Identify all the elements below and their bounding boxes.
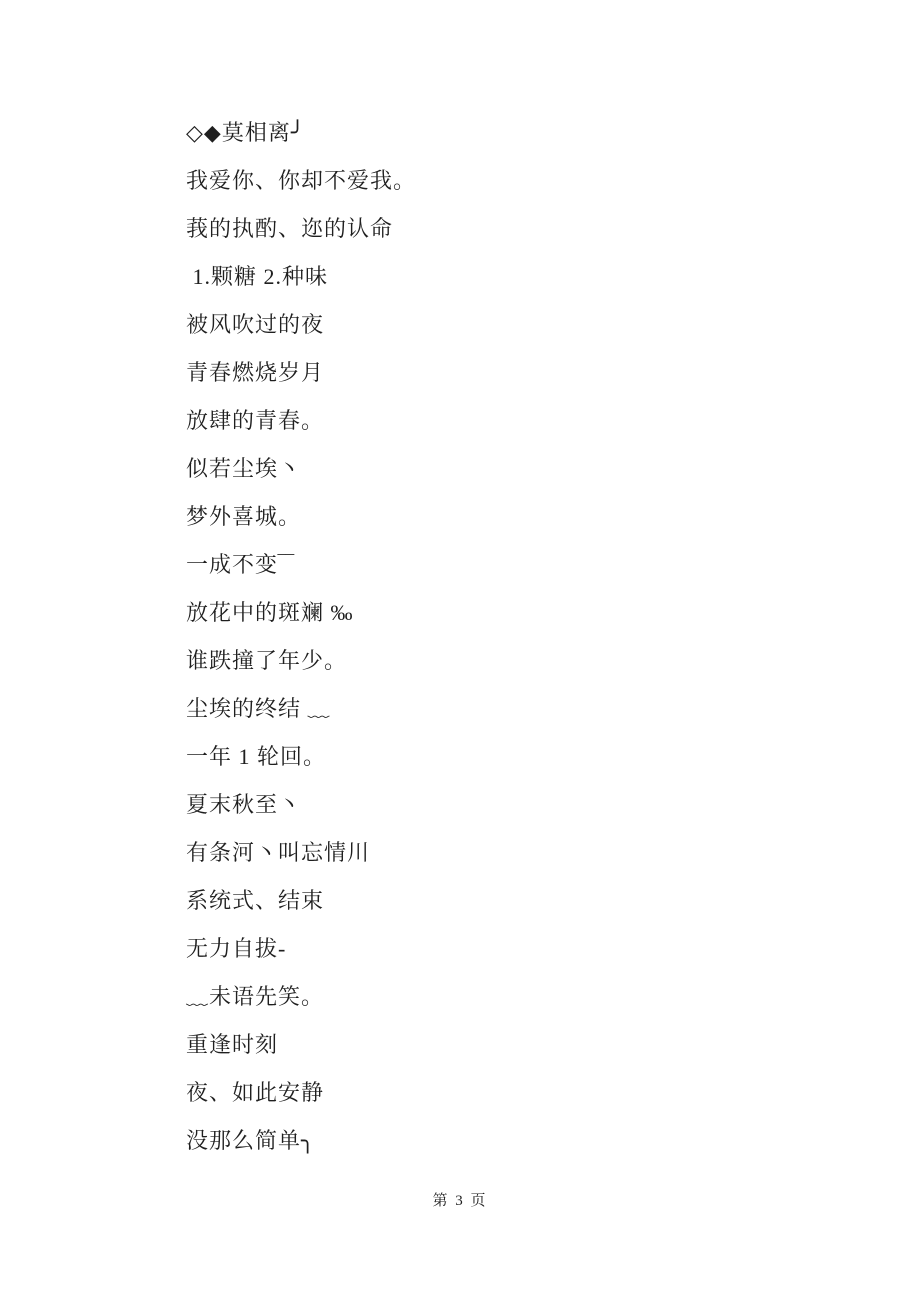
text-line: 夏末秋至丶 bbox=[186, 781, 860, 829]
document-page: ◇◆莫相离╯ 我爱你、你却不爱我。 莪的执酌、迩的认命 1.颗糖 2.种味 被风… bbox=[0, 0, 920, 1302]
text-line: 无力自拔- bbox=[186, 925, 860, 973]
text-line: 一成不变‾‾ bbox=[186, 541, 860, 589]
text-line: 放肆的青春。 bbox=[186, 397, 860, 445]
text-line: 一年 1 轮回。 bbox=[186, 733, 860, 781]
text-line: 夜、如此安静 bbox=[186, 1069, 860, 1117]
text-line: 似若尘埃丶 bbox=[186, 445, 860, 493]
text-line: 青春燃烧岁月 bbox=[186, 349, 860, 397]
text-line: ◇◆莫相离╯ bbox=[186, 109, 860, 157]
text-line: 没那么简单╮ bbox=[186, 1117, 860, 1165]
text-line: 我爱你、你却不爱我。 bbox=[186, 157, 860, 205]
text-line: 梦外喜城。 bbox=[186, 493, 860, 541]
page-number: 第 3 页 bbox=[0, 1188, 920, 1214]
text-line: 谁跌撞了年少。 bbox=[186, 637, 860, 685]
text-line: 重逢时刻 bbox=[186, 1021, 860, 1069]
text-line: 1.颗糖 2.种味 bbox=[186, 253, 860, 301]
document-body: ◇◆莫相离╯ 我爱你、你却不爱我。 莪的执酌、迩的认命 1.颗糖 2.种味 被风… bbox=[186, 109, 860, 1165]
text-line: 被风吹过的夜 bbox=[186, 301, 860, 349]
text-line: 系统式、结束 bbox=[186, 877, 860, 925]
text-line: 莪的执酌、迩的认命 bbox=[186, 205, 860, 253]
text-line: 有条河丶叫忘情川 bbox=[186, 829, 860, 877]
text-line: 尘埃的终结 ﹏ bbox=[186, 685, 860, 733]
text-line: ﹏未语先笑。 bbox=[186, 973, 860, 1021]
text-line: 放花中的斑斓 ‰ bbox=[186, 589, 860, 637]
